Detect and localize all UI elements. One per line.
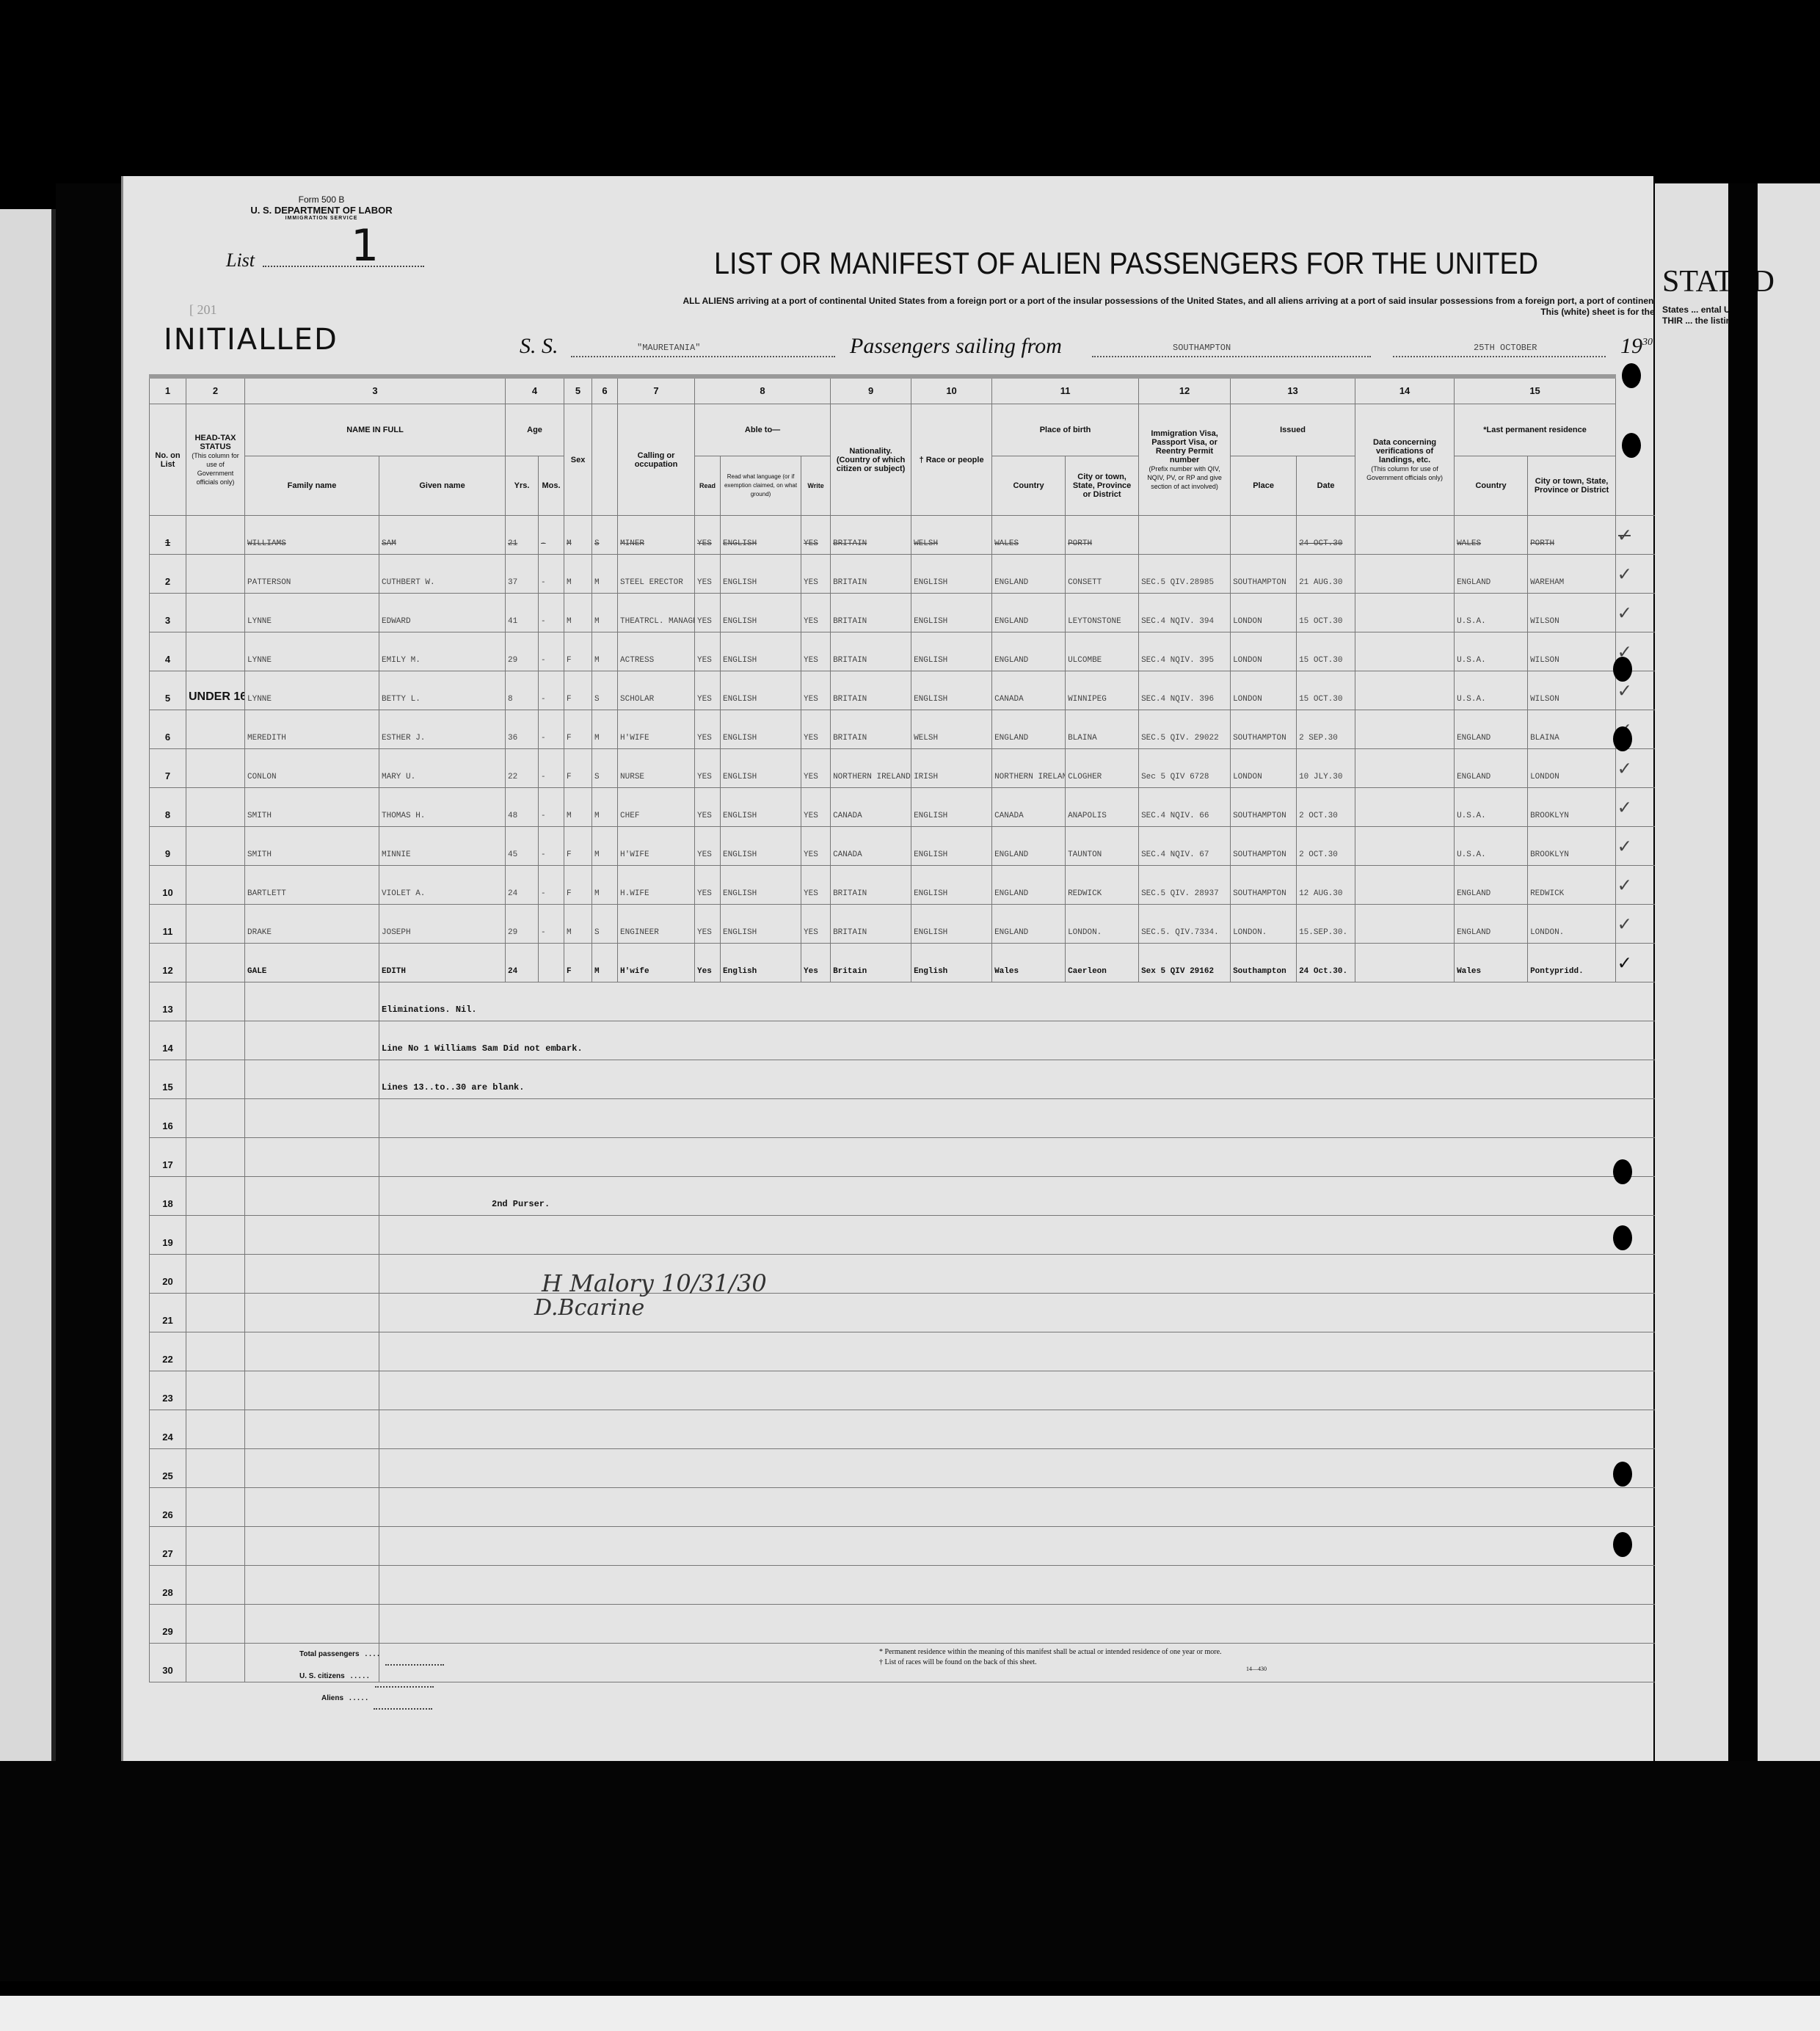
cell-note bbox=[379, 1605, 1695, 1644]
header-yrs: Yrs. bbox=[506, 456, 539, 516]
cell-read: YES bbox=[695, 632, 721, 671]
cell-head_tax bbox=[186, 1605, 245, 1644]
cell-mos: - bbox=[539, 710, 564, 749]
table-row: 29 bbox=[150, 1605, 1695, 1644]
cell-no: 12 bbox=[150, 944, 186, 982]
cell-race: ENGLISH bbox=[911, 555, 992, 594]
table-row: 27 bbox=[150, 1527, 1695, 1566]
cell-res_city: WAREHAM bbox=[1528, 555, 1616, 594]
header-visa: Immigration Visa, Passport Visa, or Reen… bbox=[1139, 404, 1231, 516]
cell-head_tax bbox=[186, 1566, 245, 1605]
cell-language: ENGLISH bbox=[721, 594, 801, 632]
punch-hole bbox=[1622, 433, 1641, 458]
cell-birth_city: Caerleon bbox=[1066, 944, 1139, 982]
header-issued: Issued bbox=[1231, 404, 1355, 456]
cell-note bbox=[379, 1332, 1695, 1371]
cell-sex: F bbox=[564, 671, 592, 710]
purser-signature: D.Bcarine bbox=[534, 1295, 644, 1321]
cell-issued_place bbox=[1231, 516, 1297, 555]
cell-read: YES bbox=[695, 671, 721, 710]
cell-no: 11 bbox=[150, 905, 186, 944]
subtitle-line-2: This (white) sheet is for the listing of bbox=[439, 307, 1694, 318]
cell-birth_city: ANAPOLIS bbox=[1066, 788, 1139, 827]
cell-family: WILLIAMS bbox=[245, 516, 379, 555]
cell-res_city: BROOKLYN bbox=[1528, 827, 1616, 866]
cell-yrs: 45 bbox=[506, 827, 539, 866]
cell-occupation: MINER bbox=[618, 516, 695, 555]
cell-family: PATTERSON bbox=[245, 555, 379, 594]
cell-race: IRISH bbox=[911, 749, 992, 788]
cell-visa: SEC.4 NQIV. 394 bbox=[1139, 594, 1231, 632]
header-birth-country: Country bbox=[992, 456, 1066, 516]
cell-no: 23 bbox=[150, 1371, 186, 1410]
cell-res_city: BROOKLYN bbox=[1528, 788, 1616, 827]
cell-birth_country: ENGLAND bbox=[992, 594, 1066, 632]
cell-res_city: REDWICK bbox=[1528, 866, 1616, 905]
table-row: 3LYNNEEDWARD41-MMTHEATRCL. MANAGERYESENG… bbox=[150, 594, 1695, 632]
cell-write: Yes bbox=[801, 944, 831, 982]
header-res-city: City or town, State, Province or Distric… bbox=[1528, 456, 1616, 516]
cell-married: M bbox=[592, 827, 618, 866]
header-head-tax: HEAD-TAX STATUS(This column for use of G… bbox=[186, 404, 245, 516]
cell-birth_city: BLAINA bbox=[1066, 710, 1139, 749]
cell-issued_date: 12 AUG.30 bbox=[1297, 866, 1355, 905]
cell-family: GALE bbox=[245, 944, 379, 982]
cell-family bbox=[245, 1177, 379, 1216]
cell-birth_city: ULCOMBE bbox=[1066, 632, 1139, 671]
cell-occupation: H'WIFE bbox=[618, 710, 695, 749]
cell-read: YES bbox=[695, 866, 721, 905]
binding-spine bbox=[1728, 183, 1758, 1761]
cell-sex: F bbox=[564, 632, 592, 671]
header-name-in-full: NAME IN FULL bbox=[245, 404, 506, 456]
cell-no: 29 bbox=[150, 1605, 186, 1644]
header-age: Age bbox=[506, 404, 564, 456]
cell-data bbox=[1355, 516, 1455, 555]
sailing-label: Passengers sailing from bbox=[850, 334, 1062, 359]
cell-yrs: 41 bbox=[506, 594, 539, 632]
cell-given: THOMAS H. bbox=[379, 788, 506, 827]
cell-birth_country: WALES bbox=[992, 516, 1066, 555]
cell-read: YES bbox=[695, 710, 721, 749]
cell-res_city: Pontypridd. bbox=[1528, 944, 1616, 982]
cell-head_tax bbox=[186, 594, 245, 632]
cell-race: ENGLISH bbox=[911, 671, 992, 710]
cell-read: YES bbox=[695, 905, 721, 944]
cell-data bbox=[1355, 905, 1455, 944]
table-row: 2PATTERSONCUTHBERT W.37-MMSTEEL ERECTORY… bbox=[150, 555, 1695, 594]
cell-race: WELSH bbox=[911, 516, 992, 555]
manifest-table: 1 2 3 4 5 6 7 8 9 10 11 12 13 14 15 No. … bbox=[149, 374, 1695, 1682]
cell-write: YES bbox=[801, 594, 831, 632]
header-res-country: Country bbox=[1455, 456, 1528, 516]
cell-sex: M bbox=[564, 788, 592, 827]
cell-data bbox=[1355, 594, 1455, 632]
cell-no: 25 bbox=[150, 1449, 186, 1488]
cell-mos: - bbox=[539, 866, 564, 905]
cell-visa: SEC.4 NQIV. 66 bbox=[1139, 788, 1231, 827]
cell-yrs: 22 bbox=[506, 749, 539, 788]
cell-sex: M bbox=[564, 905, 592, 944]
cell-married: M bbox=[592, 788, 618, 827]
punch-hole bbox=[1613, 726, 1632, 751]
cell-head_tax bbox=[186, 1371, 245, 1410]
cell-birth_country: CANADA bbox=[992, 788, 1066, 827]
table-row: 14Line No 1 Williams Sam Did not embark. bbox=[150, 1021, 1695, 1060]
cell-yrs: 36 bbox=[506, 710, 539, 749]
cell-sex: M bbox=[564, 555, 592, 594]
cell-note bbox=[379, 1566, 1695, 1605]
cell-issued_date: 10 JLY.30 bbox=[1297, 749, 1355, 788]
header-last-residence: *Last permanent residence bbox=[1455, 404, 1616, 456]
total-passengers-label: Total passengers bbox=[299, 1644, 360, 1666]
cell-family: BARTLETT bbox=[245, 866, 379, 905]
cell-head_tax bbox=[186, 1644, 245, 1682]
cell-birth_country: ENGLAND bbox=[992, 905, 1066, 944]
col-num-1: 1 bbox=[150, 376, 186, 404]
header-mos: Mos. bbox=[539, 456, 564, 516]
cell-birth_country: NORTHERN IRELAND bbox=[992, 749, 1066, 788]
cell-issued_place: SOUTHAMPTON bbox=[1231, 827, 1297, 866]
cell-family bbox=[245, 1021, 379, 1060]
cell-write: YES bbox=[801, 555, 831, 594]
cell-visa: SEC.4 NQIV. 395 bbox=[1139, 632, 1231, 671]
list-number: 1 bbox=[351, 220, 379, 271]
cell-birth_country: ENGLAND bbox=[992, 632, 1066, 671]
cell-birth_country: ENGLAND bbox=[992, 866, 1066, 905]
cell-yrs: 24 bbox=[506, 944, 539, 982]
cell-note bbox=[379, 1449, 1695, 1488]
totals-block: Total passengers. . . . U. S. citizens. … bbox=[299, 1644, 444, 1710]
cell-sex: F bbox=[564, 710, 592, 749]
table-row: 17 bbox=[150, 1138, 1695, 1177]
cell-birth_city: LEYTONSTONE bbox=[1066, 594, 1139, 632]
cell-issued_date: 2 OCT.30 bbox=[1297, 788, 1355, 827]
cell-married: M bbox=[592, 866, 618, 905]
cell-no: 27 bbox=[150, 1527, 186, 1566]
page-gutter bbox=[56, 183, 122, 1798]
cell-res_country: U.S.A. bbox=[1455, 671, 1528, 710]
cell-head_tax bbox=[186, 788, 245, 827]
cell-family bbox=[245, 1527, 379, 1566]
cell-write: YES bbox=[801, 632, 831, 671]
header-no-on-list: No. on List bbox=[150, 404, 186, 516]
cell-given: EDITH bbox=[379, 944, 506, 982]
cell-language: ENGLISH bbox=[721, 555, 801, 594]
cell-language: ENGLISH bbox=[721, 788, 801, 827]
cell-occupation: THEATRCL. MANAGER bbox=[618, 594, 695, 632]
cell-nationality: BRITAIN bbox=[831, 671, 911, 710]
cell-race: WELSH bbox=[911, 710, 992, 749]
cell-note bbox=[379, 1138, 1695, 1177]
cell-married: S bbox=[592, 671, 618, 710]
cell-family bbox=[245, 1060, 379, 1099]
cell-nationality: BRITAIN bbox=[831, 516, 911, 555]
header-issued-place: Place bbox=[1231, 456, 1297, 516]
header-given-name: Given name bbox=[379, 456, 506, 516]
cell-note bbox=[379, 1216, 1695, 1255]
cell-occupation: STEEL ERECTOR bbox=[618, 555, 695, 594]
header-able-to: Able to— bbox=[695, 404, 831, 456]
cell-read: Yes bbox=[695, 944, 721, 982]
table-row: 8SMITHTHOMAS H.48-MMCHEFYESENGLISHYESCAN… bbox=[150, 788, 1695, 827]
cell-no: 1 bbox=[150, 516, 186, 555]
cell-issued_place: SOUTHAMPTON bbox=[1231, 710, 1297, 749]
cell-no: 4 bbox=[150, 632, 186, 671]
table-row: 12GALEEDITH24FMH'wifeYesEnglishYesBritai… bbox=[150, 944, 1695, 982]
cell-issued_date: 21 AUG.30 bbox=[1297, 555, 1355, 594]
cell-occupation: H'wife bbox=[618, 944, 695, 982]
cell-family bbox=[245, 1410, 379, 1449]
cell-no: 3 bbox=[150, 594, 186, 632]
cell-issued_date: 15 OCT.30 bbox=[1297, 594, 1355, 632]
cell-head_tax bbox=[186, 1488, 245, 1527]
cell-issued_place: SOUTHAMPTON bbox=[1231, 788, 1297, 827]
table-row: 24 bbox=[150, 1410, 1695, 1449]
cell-issued_place: LONDON bbox=[1231, 632, 1297, 671]
cell-issued_date: 15 OCT.30 bbox=[1297, 632, 1355, 671]
table-row: 16 bbox=[150, 1099, 1695, 1138]
cell-birth_city: WINNIPEG bbox=[1066, 671, 1139, 710]
cell-no: 7 bbox=[150, 749, 186, 788]
table-row: 4LYNNEEMILY M.29-FMACTRESSYESENGLISHYESB… bbox=[150, 632, 1695, 671]
subtitle: ALL ALIENS arriving at a port of contine… bbox=[439, 296, 1694, 318]
header-married: Married or single bbox=[592, 404, 618, 516]
table-row: 20 bbox=[150, 1255, 1695, 1294]
cell-sex: F bbox=[564, 944, 592, 982]
cell-mos: - bbox=[539, 632, 564, 671]
blank-rows: 13Eliminations. Nil.14Line No 1 Williams… bbox=[150, 982, 1695, 1682]
cell-no: 18 bbox=[150, 1177, 186, 1216]
cell-note: Lines 13..to..30 are blank. bbox=[379, 1060, 1695, 1099]
cell-visa bbox=[1139, 516, 1231, 555]
cell-nationality: BRITAIN bbox=[831, 632, 911, 671]
cell-head_tax bbox=[186, 1294, 245, 1332]
cell-head_tax bbox=[186, 1332, 245, 1371]
table-row: 10BARTLETTVIOLET A.24-FMH.WIFEYESENGLISH… bbox=[150, 866, 1695, 905]
col-num-13: 13 bbox=[1231, 376, 1355, 404]
cell-no: 28 bbox=[150, 1566, 186, 1605]
cell-mos: - bbox=[539, 516, 564, 555]
cell-nationality: Britain bbox=[831, 944, 911, 982]
col-num-7: 7 bbox=[618, 376, 695, 404]
cell-family: MEREDITH bbox=[245, 710, 379, 749]
us-citizens-value bbox=[375, 1666, 434, 1688]
col-num-12: 12 bbox=[1139, 376, 1231, 404]
cell-given: SAM bbox=[379, 516, 506, 555]
right-title-fragment: STATED bbox=[1662, 264, 1774, 299]
cell-read: YES bbox=[695, 555, 721, 594]
table-row: 25 bbox=[150, 1449, 1695, 1488]
cell-res_country: WALES bbox=[1455, 516, 1528, 555]
cell-head_tax bbox=[186, 1449, 245, 1488]
cell-no: 21 bbox=[150, 1294, 186, 1332]
cell-write: YES bbox=[801, 827, 831, 866]
cell-family: CONLON bbox=[245, 749, 379, 788]
cell-head_tax bbox=[186, 1216, 245, 1255]
cell-mos: - bbox=[539, 827, 564, 866]
cell-write: YES bbox=[801, 710, 831, 749]
cell-yrs: 48 bbox=[506, 788, 539, 827]
cell-nationality: NORTHERN IRELAND bbox=[831, 749, 911, 788]
cell-issued_place: SOUTHAMPTON bbox=[1231, 555, 1297, 594]
cell-nationality: BRITAIN bbox=[831, 866, 911, 905]
cell-race: English bbox=[911, 944, 992, 982]
cell-res_country: U.S.A. bbox=[1455, 788, 1528, 827]
cell-visa: SEC.5. QIV.7334. bbox=[1139, 905, 1231, 944]
cell-family bbox=[245, 1294, 379, 1332]
cell-read: YES bbox=[695, 788, 721, 827]
cell-res_country: Wales bbox=[1455, 944, 1528, 982]
cell-race: ENGLISH bbox=[911, 905, 992, 944]
cell-no: 10 bbox=[150, 866, 186, 905]
ss-label: S. S. bbox=[520, 334, 558, 359]
cell-issued_date: 15.SEP.30. bbox=[1297, 905, 1355, 944]
cell-head_tax bbox=[186, 749, 245, 788]
cell-no: 19 bbox=[150, 1216, 186, 1255]
cell-given: MARY U. bbox=[379, 749, 506, 788]
cell-res_city: BLAINA bbox=[1528, 710, 1616, 749]
cell-head_tax bbox=[186, 1099, 245, 1138]
cell-data bbox=[1355, 827, 1455, 866]
cell-birth_city: TAUNTON bbox=[1066, 827, 1139, 866]
cell-mos: - bbox=[539, 555, 564, 594]
inspector-signature: H Malory 10/31/30 bbox=[542, 1269, 767, 1297]
cell-head_tax bbox=[186, 516, 245, 555]
cell-no: 22 bbox=[150, 1332, 186, 1371]
aliens-label: Aliens bbox=[321, 1688, 343, 1710]
cell-no: 9 bbox=[150, 827, 186, 866]
punch-hole bbox=[1622, 363, 1641, 388]
cell-no: 15 bbox=[150, 1060, 186, 1099]
cell-data bbox=[1355, 944, 1455, 982]
cell-language: ENGLISH bbox=[721, 710, 801, 749]
bottom-edge bbox=[0, 1996, 1820, 2031]
col-num-15: 15 bbox=[1455, 376, 1616, 404]
table-row: 13Eliminations. Nil. bbox=[150, 982, 1695, 1021]
cell-race: ENGLISH bbox=[911, 827, 992, 866]
cell-nationality: BRITAIN bbox=[831, 555, 911, 594]
table-row: 5UNDER 16LYNNEBETTY L.8-FSSCHOLARYESENGL… bbox=[150, 671, 1695, 710]
cell-mos bbox=[539, 944, 564, 982]
cell-res_country: U.S.A. bbox=[1455, 594, 1528, 632]
year-label: 1930 bbox=[1620, 334, 1653, 359]
header-family-name: Family name bbox=[245, 456, 379, 516]
cell-no: 8 bbox=[150, 788, 186, 827]
table-row: 182nd Purser. bbox=[150, 1177, 1695, 1216]
cell-language: ENGLISH bbox=[721, 749, 801, 788]
punch-hole bbox=[1613, 1462, 1632, 1487]
cell-write: YES bbox=[801, 671, 831, 710]
cell-family: LYNNE bbox=[245, 632, 379, 671]
cell-res_country: U.S.A. bbox=[1455, 632, 1528, 671]
table-row: 21 bbox=[150, 1294, 1695, 1332]
cell-birth_city: CONSETT bbox=[1066, 555, 1139, 594]
cell-sex: M bbox=[564, 594, 592, 632]
cell-race: ENGLISH bbox=[911, 788, 992, 827]
cell-issued_place: LONDON bbox=[1231, 749, 1297, 788]
port-underline bbox=[1092, 356, 1371, 357]
cell-note bbox=[379, 1099, 1695, 1138]
cell-note: Eliminations. Nil. bbox=[379, 982, 1695, 1021]
aliens-value bbox=[374, 1688, 432, 1710]
cell-yrs: 24 bbox=[506, 866, 539, 905]
cell-res_city: LONDON. bbox=[1528, 905, 1616, 944]
cell-race: ENGLISH bbox=[911, 866, 992, 905]
cell-res_city: PORTH bbox=[1528, 516, 1616, 555]
cell-note bbox=[379, 1410, 1695, 1449]
bottom-dark-band bbox=[0, 1761, 1820, 1981]
header-write: Write bbox=[801, 456, 831, 516]
cell-given: ESTHER J. bbox=[379, 710, 506, 749]
cell-issued_date: 24 Oct.30. bbox=[1297, 944, 1355, 982]
cell-no: 30 bbox=[150, 1644, 186, 1682]
passenger-rows: 1WILLIAMSSAM21-MSMINERYESENGLISHYESBRITA… bbox=[150, 516, 1695, 982]
cell-head_tax bbox=[186, 866, 245, 905]
cell-visa: SEC.4 NQIV. 396 bbox=[1139, 671, 1231, 710]
total-passengers-value bbox=[385, 1644, 444, 1666]
cell-given: JOSEPH bbox=[379, 905, 506, 944]
cell-head_tax bbox=[186, 905, 245, 944]
cell-given: VIOLET A. bbox=[379, 866, 506, 905]
cell-res_city: LONDON bbox=[1528, 749, 1616, 788]
table-row: 7CONLONMARY U.22-FSNURSEYESENGLISHYESNOR… bbox=[150, 749, 1695, 788]
footnote-residence: * Permanent residence within the meaning… bbox=[879, 1647, 1222, 1658]
list-label: List bbox=[226, 249, 255, 271]
cell-visa: SEC.5 QIV. 28937 bbox=[1139, 866, 1231, 905]
cell-yrs: 8 bbox=[506, 671, 539, 710]
cell-issued_place: LONDON. bbox=[1231, 905, 1297, 944]
cell-head_tax bbox=[186, 555, 245, 594]
cell-head_tax bbox=[186, 1410, 245, 1449]
cell-mos: - bbox=[539, 788, 564, 827]
cell-no: 6 bbox=[150, 710, 186, 749]
cell-issued_date: 15 OCT.30 bbox=[1297, 671, 1355, 710]
cell-language: ENGLISH bbox=[721, 632, 801, 671]
pencil-mark: [ 201 bbox=[189, 302, 217, 318]
header-data-concerning: Data concerning verifications of landing… bbox=[1355, 404, 1455, 516]
cell-family: SMITH bbox=[245, 788, 379, 827]
cell-family bbox=[245, 1488, 379, 1527]
table-row: 22 bbox=[150, 1332, 1695, 1371]
manifest-sheet: Form 500 B U. S. DEPARTMENT OF LABOR IMM… bbox=[121, 176, 1653, 1761]
cell-given: BETTY L. bbox=[379, 671, 506, 710]
cell-family: SMITH bbox=[245, 827, 379, 866]
cell-language: ENGLISH bbox=[721, 905, 801, 944]
departure-date: 25TH OCTOBER bbox=[1474, 343, 1537, 353]
cell-birth_country: ENGLAND bbox=[992, 710, 1066, 749]
col-num-10: 10 bbox=[911, 376, 992, 404]
cell-note: 2nd Purser. bbox=[379, 1177, 1695, 1216]
col-num-8: 8 bbox=[695, 376, 831, 404]
cell-occupation: CHEF bbox=[618, 788, 695, 827]
cell-data bbox=[1355, 555, 1455, 594]
department: U. S. DEPARTMENT OF LABOR bbox=[211, 205, 432, 216]
cell-head_tax bbox=[186, 1255, 245, 1294]
punch-hole bbox=[1613, 1225, 1632, 1250]
cell-visa: Sex 5 QIV 29162 bbox=[1139, 944, 1231, 982]
form-code: 14—430 bbox=[1246, 1666, 1267, 1672]
cell-head_tax bbox=[186, 710, 245, 749]
form-header: Form 500 B U. S. DEPARTMENT OF LABOR IMM… bbox=[211, 194, 432, 221]
header-calling: Calling or occupation bbox=[618, 404, 695, 516]
cell-family: LYNNE bbox=[245, 671, 379, 710]
cell-language: ENGLISH bbox=[721, 516, 801, 555]
cell-language: English bbox=[721, 944, 801, 982]
cell-mos: - bbox=[539, 594, 564, 632]
cell-yrs: 21 bbox=[506, 516, 539, 555]
cell-res_country: U.S.A. bbox=[1455, 827, 1528, 866]
